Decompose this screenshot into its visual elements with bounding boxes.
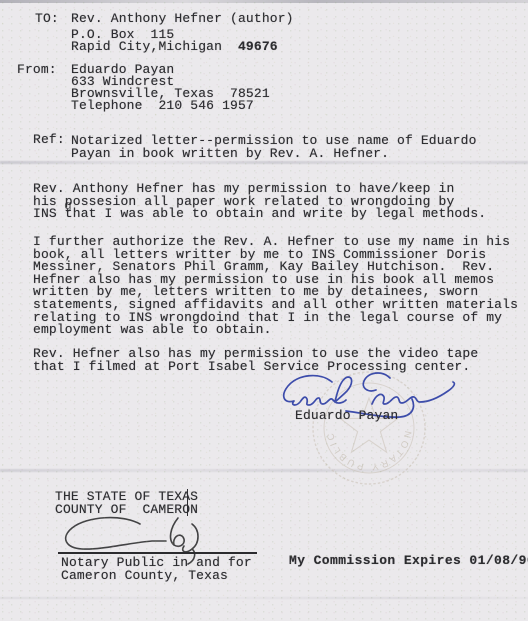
signature-typed-name: Eduardo Payan [295,410,398,423]
scan-edge-shadow [0,0,528,3]
paper-fold-crease [0,161,528,164]
paper-fold-crease [0,597,528,599]
commission-expiry: My Commission Expires 01/08/96 [289,555,528,568]
svg-text:NOTARY PUBLIC: NOTARY PUBLIC [325,430,413,472]
to-city: Rapid City,Michigan [71,39,238,54]
paper-fold-crease [0,469,528,472]
to-name: Rev. Anthony Hefner (author) [71,13,294,26]
to-label: TO: [35,13,59,26]
body-paragraph-1: Rev. Anthony Hefner has my permission to… [33,183,486,221]
ref-text: Notarized letter--permission to use name… [71,134,477,160]
to-zip: 49676 [238,39,278,54]
seal-text: NOTARY PUBLIC [325,430,413,472]
body-paragraph-2: I further authorize the Rev. A. Hefner t… [33,236,518,337]
ref-label: Ref: [33,134,65,147]
to-address-line2: Rapid City,Michigan 49676 [71,41,278,54]
signature-rule [58,552,257,554]
from-label: From: [17,64,57,77]
notary-caption: Notary Public in and for Cameron County,… [61,556,252,583]
typewriter-overstrike-artifact: g [64,198,72,213]
letter-page: TO: Rev. Anthony Hefner (author) P.O. Bo… [0,0,528,621]
from-phone: Telephone 210 546 1957 [71,100,254,113]
